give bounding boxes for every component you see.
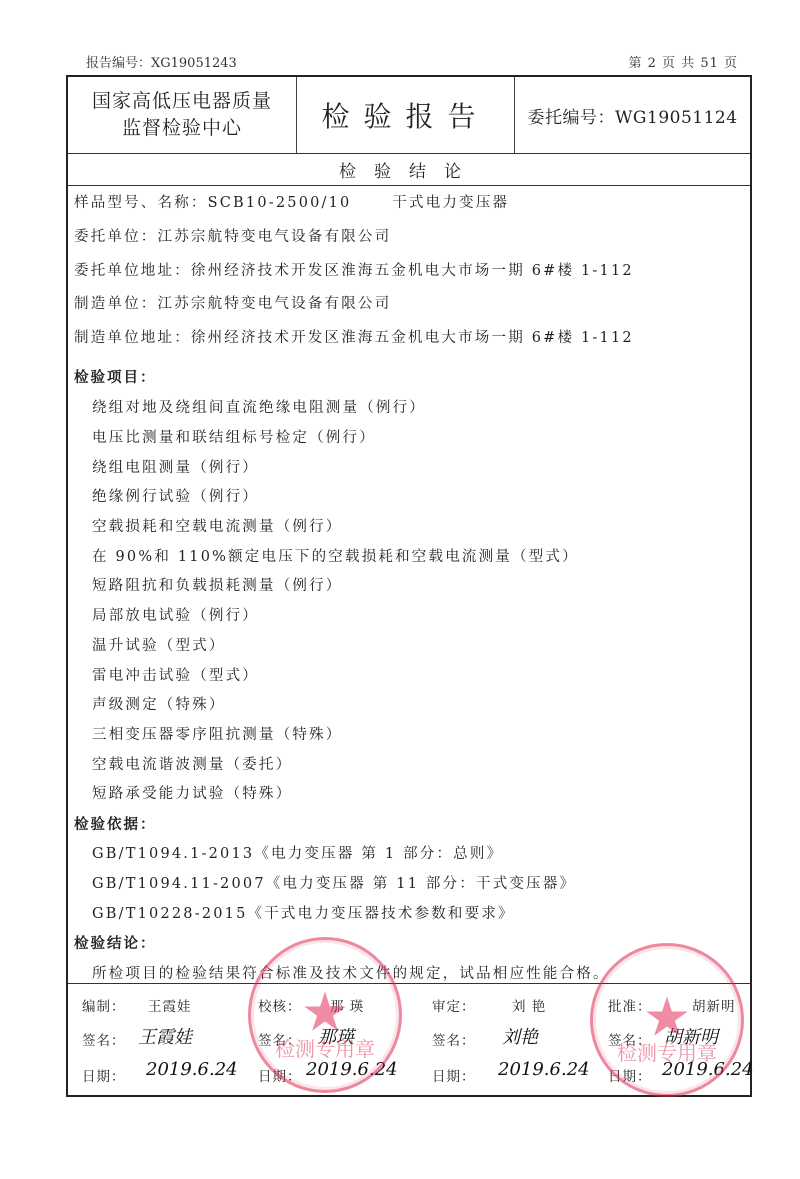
date-label: 日期： <box>82 1065 126 1085</box>
test-item: 雷电冲击试验（型式） <box>92 664 259 685</box>
test-item: 三相变压器零序阻抗测量（特殊） <box>92 723 343 744</box>
basis-heading: 检验依据： <box>74 813 157 834</box>
report-sheet: 国家高低压电器质量 监督检验中心 检验报告 委托编号：WG19051124 检验… <box>66 75 752 1097</box>
role-label: 编制： <box>82 995 126 1015</box>
org-name-line1: 国家高低压电器质量 <box>92 88 272 115</box>
field-manufacturer-address: 制造单位地址：徐州经济技术开发区淮海五金机电大市场一期 6#楼 1-112 <box>74 326 634 347</box>
report-number: 报告编号：XG19051243 <box>86 52 237 71</box>
test-item: 短路承受能力试验（特殊） <box>92 782 292 803</box>
official-stamp-left: ★ 检测专用章 <box>248 937 402 1093</box>
field-client: 委托单位：江苏宗航特变电气设备有限公司 <box>74 225 391 246</box>
stamp-text: 检测专用章 <box>593 1037 741 1066</box>
document-title: 检验报告 <box>297 77 515 153</box>
entrust-number: 委托编号：WG19051124 <box>515 77 750 153</box>
test-item: 在 90%和 110%额定电压下的空载损耗和空载电流测量（型式） <box>92 545 579 566</box>
test-item: 空载电流谐波测量（委托） <box>92 753 292 774</box>
test-item: 绝缘例行试验（例行） <box>92 485 259 506</box>
basis-standard: GB/T10228-2015《干式电力变压器技术参数和要求》 <box>92 902 515 923</box>
conclusion-heading: 检验结论： <box>74 932 157 953</box>
test-item: 空载损耗和空载电流测量（例行） <box>92 515 343 536</box>
basis-standard: GB/T1094.11-2007《电力变压器 第 11 部分：干式变压器》 <box>92 872 576 893</box>
field-manufacturer: 制造单位：江苏宗航特变电气设备有限公司 <box>74 292 391 313</box>
test-item: 温升试验（型式） <box>92 634 226 655</box>
star-icon: ★ <box>301 985 349 1039</box>
report-body: 样品型号、名称：SCB10-2500/10 干式电力变压器 委托单位：江苏宗航特… <box>68 185 750 985</box>
org-name-line2: 监督检验中心 <box>122 115 242 142</box>
handwritten-signature: 王霞娃 <box>138 1023 192 1049</box>
person-name: 王霞娃 <box>148 995 192 1015</box>
person-name: 刘 艳 <box>512 995 546 1015</box>
title-block: 国家高低压电器质量 监督检验中心 检验报告 委托编号：WG19051124 <box>68 77 750 154</box>
handwritten-signature: 刘艳 <box>502 1023 538 1049</box>
field-client-address: 委托单位地址：徐州经济技术开发区淮海五金机电大市场一期 6#楼 1-112 <box>74 259 634 280</box>
page-number: 第 2 页 共 51 页 <box>629 52 738 71</box>
test-items-heading: 检验项目： <box>74 366 157 387</box>
handwritten-date: 2019.6.24 <box>146 1059 238 1080</box>
basis-standard: GB/T1094.1-2013《电力变压器 第 1 部分：总则》 <box>92 842 503 863</box>
test-item: 绕组对地及绕组间直流绝缘电阻测量（例行） <box>92 396 426 417</box>
test-item: 声级测定（特殊） <box>92 693 226 714</box>
handwritten-date: 2019.6.24 <box>498 1059 590 1080</box>
issuing-organization: 国家高低压电器质量 监督检验中心 <box>68 77 297 153</box>
test-item: 局部放电试验（例行） <box>92 604 259 625</box>
test-item: 绕组电阻测量（例行） <box>92 456 259 477</box>
date-label: 日期： <box>432 1065 476 1085</box>
field-sample-model: 样品型号、名称：SCB10-2500/10 干式电力变压器 <box>74 191 509 212</box>
official-stamp-right: ★ 检测专用章 <box>590 943 744 1097</box>
test-item: 短路阻抗和负载损耗测量（例行） <box>92 574 343 595</box>
section-title: 检验结论 <box>68 153 750 186</box>
sign-label: 签名： <box>82 1029 126 1049</box>
test-item: 电压比测量和联结组标号检定（例行） <box>92 426 376 447</box>
sign-label: 签名： <box>432 1029 476 1049</box>
stamp-text: 检测专用章 <box>251 1033 399 1062</box>
page-header: 报告编号：XG19051243 第 2 页 共 51 页 <box>86 52 738 72</box>
role-label: 审定： <box>432 995 476 1015</box>
